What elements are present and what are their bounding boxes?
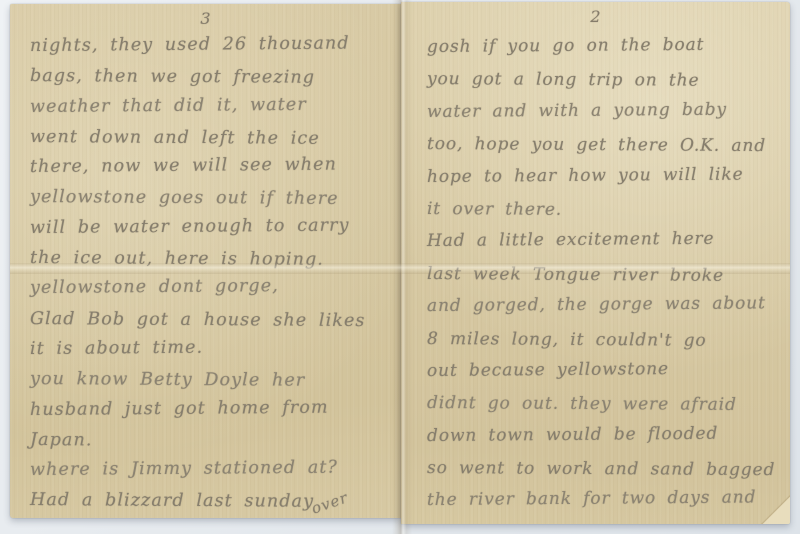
handwritten-line: it is about time.: [30, 331, 401, 364]
handwritten-line: Had a little excitement here: [427, 222, 790, 257]
handwritten-line: nights, they used 26 thousand: [30, 28, 401, 61]
handwritten-line: hope to hear how you will like: [427, 158, 790, 193]
handwritten-line: husband just got home from: [30, 392, 401, 425]
handwritten-line: and gorged, the gorge was about: [427, 287, 790, 322]
scanned-letter: 3 nights, they used 26 thousand bags, th…: [0, 0, 800, 534]
handwritten-text-block: gosh if you go on the boat you got a lon…: [427, 31, 790, 517]
handwritten-line: gosh if you go on the boat: [427, 28, 790, 63]
handwritten-line: yellowstone dont gorge,: [30, 270, 401, 303]
handwritten-text-block: nights, they used 26 thousand bags, then…: [30, 31, 401, 516]
letter-page-2: 2 gosh if you go on the boat you got a l…: [401, 2, 790, 524]
handwritten-line: down town would be flooded: [427, 417, 790, 452]
handwritten-line: the river bank for two days and: [427, 482, 790, 517]
handwritten-line: will be water enough to carry: [30, 210, 401, 243]
handwritten-line: weather that did it, water: [30, 89, 401, 122]
handwritten-line: water and with a young baby: [427, 93, 790, 128]
page-number: 2: [401, 7, 790, 26]
handwritten-line: there, now we will see when: [30, 149, 401, 182]
letter-page-3: 3 nights, they used 26 thousand bags, th…: [10, 4, 401, 518]
handwritten-line: out because yellowstone: [427, 352, 790, 387]
handwritten-line: where is Jimmy stationed at?: [30, 452, 401, 485]
page-number: 3: [10, 9, 401, 28]
